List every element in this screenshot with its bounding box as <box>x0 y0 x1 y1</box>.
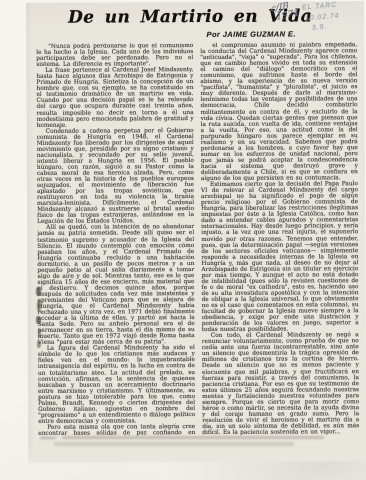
torn-edge-mark <box>37 300 41 312</box>
article-paragraph: el compromiso asumido ni palabra empeñad… <box>200 42 358 182</box>
article-body: "Nunca podrá perdonarse lo que el comuni… <box>36 42 359 436</box>
article-byline: Por JAIME GUZMAN E. <box>183 29 319 39</box>
article-paragraph: Estimamos cierto que la decisión del Pap… <box>201 181 359 333</box>
article-paragraph: La frase pertenece al Cardenal Josef Min… <box>36 67 193 128</box>
torn-edge-mark <box>36 287 41 296</box>
article-column-left: "Nunca podrá perdonarse lo que el comuni… <box>36 43 195 436</box>
article-paragraph: Con todo, el Cardenal Mindszenty se negó… <box>202 332 360 435</box>
article-paragraph: Allí se quedó, con la intención de no ab… <box>37 224 195 346</box>
faded-text-smudge <box>40 437 56 439</box>
article-paragraph: Pero esta misma ola que con tanta alegrí… <box>38 424 195 436</box>
article-paragraph: "Nunca podrá perdonarse lo que el comuni… <box>36 43 193 68</box>
article-column-right: el compromiso asumido ni palabra empeñad… <box>200 42 359 435</box>
scanned-newspaper-page: { "article": { "title": "De un Martirio … <box>0 0 366 480</box>
faded-text-smudge <box>62 436 324 439</box>
article-paragraph: La figura del Cardenal Mindszenty ha sid… <box>38 345 195 424</box>
newspaper-clipping: De un Martirio en Vida Por JAIME GUZMAN … <box>26 1 366 461</box>
article-paragraph: Condenado a cadena perpetua por el Gobie… <box>37 128 195 226</box>
handwritten-annotation-pencil: EL TARC 10.02.74 3.9. <box>302 0 341 35</box>
torn-edge-mark <box>37 341 41 348</box>
torn-edge-mark <box>38 328 41 338</box>
faded-text-smudge <box>54 442 294 446</box>
torn-edge-mark <box>36 316 41 324</box>
bottom-fade-artifact <box>28 445 366 463</box>
